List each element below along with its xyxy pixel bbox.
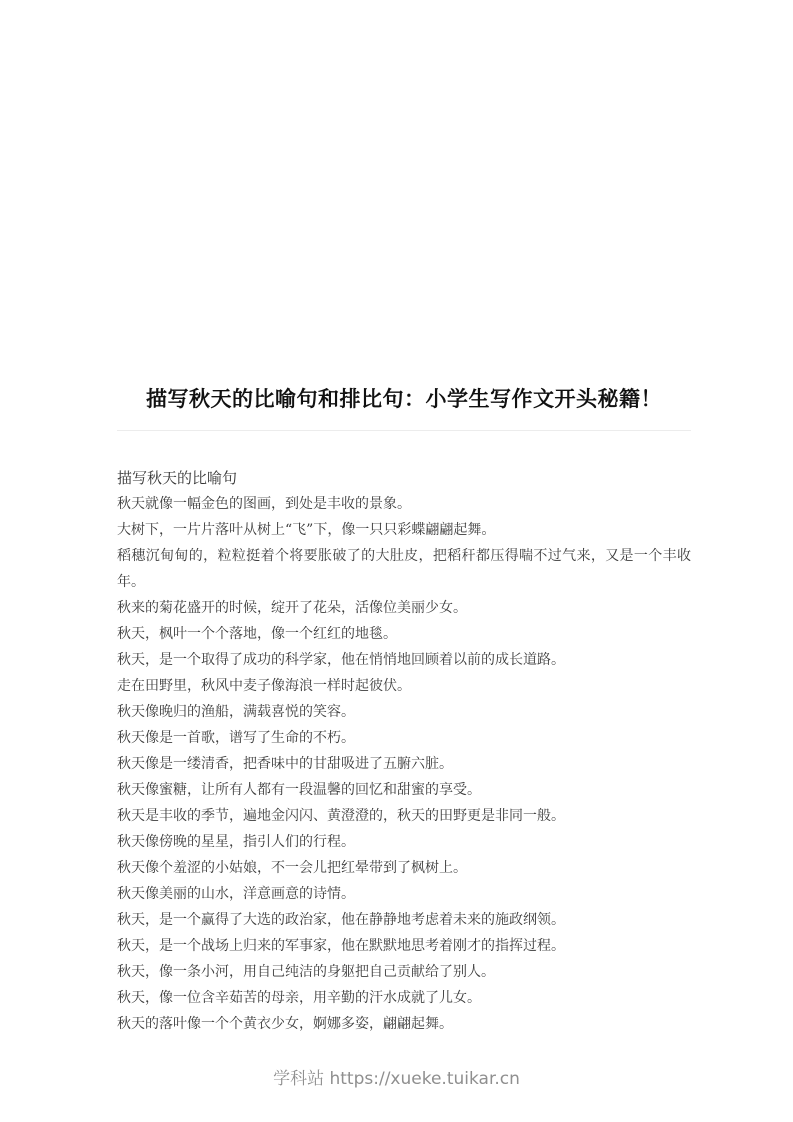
sentence: 秋天，像一条小河，用自己纯洁的身躯把自己贡献给了别人。 — [117, 959, 691, 985]
sentence: 秋天像是一首歌，谱写了生命的不朽。 — [117, 725, 691, 751]
sentence: 秋天像是一缕清香，把香味中的甘甜吸进了五腑六脏。 — [117, 751, 691, 777]
sentence: 秋天像晚归的渔船，满载喜悦的笑容。 — [117, 699, 691, 725]
divider — [117, 430, 691, 431]
section-heading: 描写秋天的比喻句 — [117, 465, 691, 491]
sentence: 秋天的落叶像一个个黄衣少女，婀娜多姿，翩翩起舞。 — [117, 1011, 691, 1037]
sentence: 秋天，枫叶一个个落地，像一个红红的地毯。 — [117, 621, 691, 647]
sentence: 秋天，像一位含辛茹苦的母亲，用辛勤的汗水成就了儿女。 — [117, 985, 691, 1011]
footer-site-url: https://xueke.tuikar.cn — [329, 1069, 519, 1089]
sentence: 秋天，是一个取得了成功的科学家，他在悄悄地回顾着以前的成长道路。 — [117, 647, 691, 673]
sentence: 秋来的菊花盛开的时候，绽开了花朵，活像位美丽少女。 — [117, 595, 691, 621]
sentence: 秋天，是一个战场上归来的军事家，他在默默地思考着刚才的指挥过程。 — [117, 933, 691, 959]
sentence-list: 秋天就像一幅金色的图画，到处是丰收的景象。 大树下，一片片落叶从树上“飞”下，像… — [117, 491, 691, 1037]
page-title: 描写秋天的比喻句和排比句：小学生写作文开头秘籍！ — [117, 386, 691, 412]
sentence: 秋天像个羞涩的小姑娘，不一会儿把红晕带到了枫树上。 — [117, 855, 691, 881]
sentence: 秋天像蜜糖，让所有人都有一段温馨的回忆和甜蜜的享受。 — [117, 777, 691, 803]
footer-site-name: 学科站 — [273, 1069, 324, 1089]
article-body: 描写秋天的比喻句和排比句：小学生写作文开头秘籍！ 描写秋天的比喻句 秋天就像一幅… — [117, 0, 691, 1037]
sentence: 秋天，是一个赢得了大选的政治家，他在静静地考虑着未来的施政纲领。 — [117, 907, 691, 933]
sentence: 秋天像美丽的山水，洋意画意的诗情。 — [117, 881, 691, 907]
sentence: 稻穗沉甸甸的，粒粒挺着个将要胀破了的大肚皮，把稻秆都压得喘不过气来，又是一个丰收… — [117, 543, 691, 595]
sentence: 秋天是丰收的季节，遍地金闪闪、黄澄澄的，秋天的田野更是非同一般。 — [117, 803, 691, 829]
sentence: 秋天像傍晚的星星，指引人们的行程。 — [117, 829, 691, 855]
sentence: 走在田野里，秋风中麦子像海浪一样时起彼伏。 — [117, 673, 691, 699]
document-page: { "document": { "title": "描写秋天的比喻句和排比句：小… — [0, 0, 793, 1122]
sentence: 秋天就像一幅金色的图画，到处是丰收的景象。 — [117, 491, 691, 517]
footer-watermark: 学科站 https://xueke.tuikar.cn — [0, 1068, 793, 1090]
sentence: 大树下，一片片落叶从树上“飞”下，像一只只彩蝶翩翩起舞。 — [117, 517, 691, 543]
